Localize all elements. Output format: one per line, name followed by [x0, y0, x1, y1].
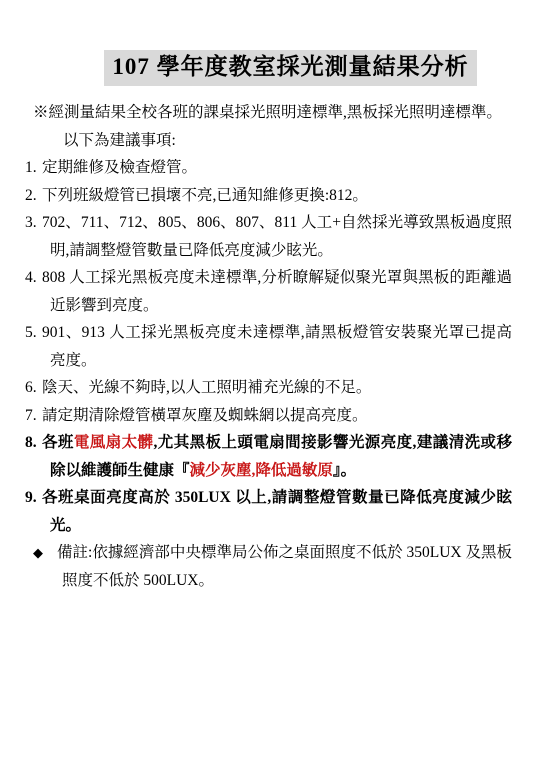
item-number: 5.: [25, 319, 37, 347]
list-item-7: 7. 請定期清除燈管橫罩灰塵及蜘蛛網以提高亮度。: [0, 402, 543, 430]
list-item-1: 1. 定期維修及檢查燈管。: [0, 154, 543, 182]
list-item-2: 2. 下列班級燈管已損壞不亮,已通知維修更換:812。: [0, 182, 543, 210]
item-text: 定期維修及檢查燈管。: [42, 159, 197, 176]
item-text: 808 人工採光黑板亮度未達標準,分析瞭解疑似聚光罩與黑板的距離過近影響到亮度。: [42, 269, 512, 314]
list-item-3: 3. 702、711、712、805、806、807、811 人工+自然採光導致…: [0, 209, 543, 264]
page-title: 107 學年度教室採光測量結果分析: [104, 50, 476, 86]
document-page: 107 學年度教室採光測量結果分析 ※經測量結果全校各班的課桌採光照明達標準,黑…: [0, 0, 543, 768]
item-number: 1.: [25, 154, 37, 182]
item-text: 請定期清除燈管橫罩灰塵及蜘蛛網以提高亮度。: [42, 407, 368, 424]
item-text: 陰天、光線不夠時,以人工照明補充光線的不足。: [42, 379, 371, 396]
item-number: 3.: [25, 209, 37, 237]
item-number: 9.: [25, 484, 37, 512]
title-row: 107 學年度教室採光測量結果分析: [0, 50, 543, 90]
item-number: 8.: [25, 429, 37, 457]
item-text-segment-red: 減少灰塵,降低過敏原: [190, 462, 333, 479]
item-text: 901、913 人工採光黑板亮度未達標準,請黑板燈管安裝聚光罩已提高亮度。: [42, 324, 512, 369]
item-number: 4.: [25, 264, 37, 292]
list-item-4: 4. 808 人工採光黑板亮度未達標準,分析瞭解疑似聚光罩與黑板的距離過近影響到…: [0, 264, 543, 319]
suggestions-heading: 以下為建議事項:: [0, 127, 543, 155]
list-item-5: 5. 901、913 人工採光黑板亮度未達標準,請黑板燈管安裝聚光罩已提高亮度。: [0, 319, 543, 374]
list-item-8: 8. 各班電風扇太髒,尤其黑板上頭電扇間接影響光源亮度,建議清洗或移除以維護師生…: [0, 429, 543, 484]
item-text: 各班電風扇太髒,尤其黑板上頭電扇間接影響光源亮度,建議清洗或移除以維護師生健康『…: [42, 434, 512, 479]
list-item-6: 6. 陰天、光線不夠時,以人工照明補充光線的不足。: [0, 374, 543, 402]
summary-line: ※經測量結果全校各班的課桌採光照明達標準,黑板採光照明達標準。: [0, 99, 543, 127]
item-text: 下列班級燈管已損壞不亮,已通知維修更換:812。: [42, 187, 368, 204]
document-body: ※經測量結果全校各班的課桌採光照明達標準,黑板採光照明達標準。 以下為建議事項:…: [0, 99, 543, 594]
item-number: 7.: [25, 402, 37, 430]
item-text: 各班桌面亮度高於 350LUX 以上,請調整燈管數量已降低亮度減少眩光。: [42, 489, 512, 534]
item-text-segment: 』。: [333, 462, 356, 479]
item-number: 6.: [25, 374, 37, 402]
footnote-text: 備註:依據經濟部中央標準局公佈之桌面照度不低於 350LUX 及黑板照度不低於 …: [57, 544, 512, 589]
item-text-segment: 各班: [42, 434, 74, 451]
list-item-9: 9. 各班桌面亮度高於 350LUX 以上,請調整燈管數量已降低亮度減少眩光。: [0, 484, 543, 539]
diamond-bullet-icon: ◆: [33, 539, 43, 567]
item-text: 702、711、712、805、806、807、811 人工+自然採光導致黑板過…: [42, 214, 512, 259]
footnote: ◆ 備註:依據經濟部中央標準局公佈之桌面照度不低於 350LUX 及黑板照度不低…: [0, 539, 543, 594]
item-text-segment-red: 電風扇太髒: [74, 434, 154, 451]
item-number: 2.: [25, 182, 37, 210]
